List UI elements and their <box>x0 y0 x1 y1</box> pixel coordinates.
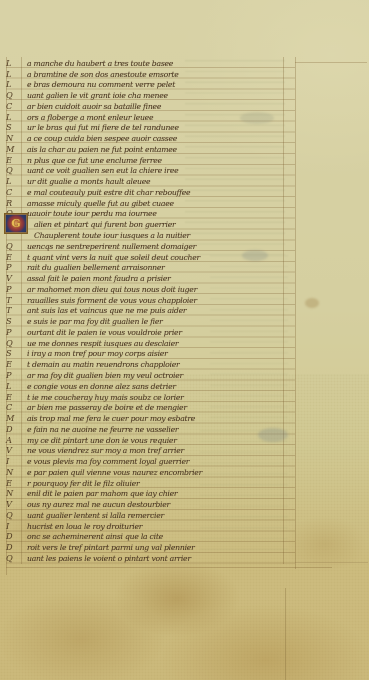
line-initial: Q <box>6 242 20 251</box>
line-text: onc se acheminerent ainsi que la cite <box>27 532 163 541</box>
line-text: e mal couteauly puit estre dit char rebo… <box>27 188 190 197</box>
line-initial: L <box>6 59 20 68</box>
text-line: Si iray a mon tref pour moy corps aisier <box>0 348 300 359</box>
line-text: ant suis las et vaincus que ne me puis a… <box>27 306 186 315</box>
text-line: Tant suis las et vaincus que ne me puis … <box>0 305 300 316</box>
text-line: Ihucrist en loua le roy droiturier <box>0 520 300 531</box>
line-text: e vous plevis ma foy comment loyal guerr… <box>27 457 189 466</box>
line-initial: P <box>6 371 20 380</box>
line-initial: T <box>6 296 20 305</box>
text-line: Se suis ie par ma foy dit gualien le fie… <box>0 315 300 326</box>
text-line: Mais la char au paien ne fut point entam… <box>0 143 300 154</box>
line-initial: R <box>6 199 20 208</box>
line-initial: I <box>6 457 20 466</box>
line-initial: L <box>6 177 20 186</box>
line-initial: L <box>6 80 20 89</box>
line-initial: D <box>6 425 20 434</box>
line-text: ourtant dit le paien ie vous vouldroie p… <box>27 328 182 337</box>
line-initial: S <box>6 123 20 132</box>
line-text: uant les paiens le voient o pintart vont… <box>27 554 191 563</box>
line-initial: L <box>6 70 20 79</box>
text-line: Et demain au matin reuendrons chapploier <box>0 358 300 369</box>
text-line: La manche du haubert a tres toute basee <box>0 57 300 68</box>
line-text: Chauplerent toute iour iusques a la nuit… <box>34 231 190 240</box>
line-text: ur le bras qui fut mi fiere de tel randu… <box>27 123 179 132</box>
line-text: uencqs ne sentreperirent nullement domai… <box>27 242 196 251</box>
text-line: Nenil dit le paien par mahom que iay chi… <box>0 488 300 499</box>
text-line: Prait du gualien bellement arraisonner <box>0 262 300 273</box>
text-line: De fain na ne auoine ne feurre ne vassel… <box>0 423 300 434</box>
line-text: ur dit gualie a monts hault aleuee <box>27 177 150 186</box>
text-line: Vous ny aurez mal ne aucun destourbier <box>0 498 300 509</box>
text-line: Quauoir toute iour perdu ma iournee <box>0 208 300 219</box>
text-line: Trauailles suis forment de vous vous cha… <box>0 294 300 305</box>
line-text: my ce dit pintart une don ie vous requie… <box>27 436 177 445</box>
line-initial: D <box>6 532 20 541</box>
text-line: Quant ce voit gualien sen eut la chiere … <box>0 165 300 176</box>
line-initial: P <box>6 263 20 272</box>
line-text: t ie me coucheray huy mais soubz ce lori… <box>27 393 184 402</box>
line-text: e bras demoura nu comment verre pelet <box>27 80 175 89</box>
line-text: amasse miculy quelle fut au gibet cuaee <box>27 199 174 208</box>
line-text: ors a floberge a mont enleur leuee <box>27 113 153 122</box>
line-initial: C <box>6 403 20 412</box>
text-line: Mais trop mal me fera le cuer pour moy e… <box>0 412 300 423</box>
line-initial: N <box>6 468 20 477</box>
text-line: Na ce coup cuida bien sespee auoir casse… <box>0 132 300 143</box>
bottom-frame-rule-right <box>295 562 368 563</box>
text-line: Car bien me passeray de boire et de meng… <box>0 402 300 413</box>
line-initial: C <box>6 188 20 197</box>
line-text: ue me donnes respit iusques au desclaier <box>27 339 178 348</box>
line-initial: V <box>6 500 20 509</box>
line-initial: E <box>6 360 20 369</box>
text-line: Car bien cuidoit auoir sa bataille finee <box>0 100 300 111</box>
line-text: a bramtine de son dos anestoute emsorte <box>27 70 179 79</box>
line-initial: N <box>6 489 20 498</box>
text-line: Par mahomet mon dieu qui tous nous doit … <box>0 283 300 294</box>
line-text: t demain au matin reuendrons chapploier <box>27 360 179 369</box>
text-line: Er pourquoy fer dit le filz oliuier <box>0 477 300 488</box>
line-initial: E <box>6 156 20 165</box>
text-line: Le congie vous en donne alez sans detrie… <box>0 380 300 391</box>
text-line: Ie vous plevis ma foy comment loyal guer… <box>0 455 300 466</box>
text-line: alien et pintart qui furent bon guerrier <box>0 218 300 229</box>
line-initial: V <box>6 446 20 455</box>
text-line: Par ma foy dit gualien bien my veul octr… <box>0 369 300 380</box>
text-line: Et quant vint vers la nuit que soleil de… <box>0 251 300 262</box>
line-text: uant ce voit gualien sen eut la chiere i… <box>27 166 178 175</box>
line-text: r pourquoy fer dit le filz oliuier <box>27 479 139 488</box>
line-initial: Q <box>6 339 20 348</box>
line-text: e congie vous en donne alez sans detrier <box>27 382 176 391</box>
line-text: a manche du haubert a tres toute basee <box>27 59 173 68</box>
text-line: Le bras demoura nu comment verre pelet <box>0 79 300 90</box>
manuscript-page: La manche du haubert a tres toute baseeL… <box>0 0 369 680</box>
line-text: n plus que ce fut une enclume ferree <box>27 156 162 165</box>
line-initial: V <box>6 274 20 283</box>
line-text: rait du gualien bellement arraisonner <box>27 263 165 272</box>
line-initial: E <box>6 253 20 262</box>
line-initial: M <box>6 414 20 423</box>
text-line: Quant galien le vit grant ioie cha menee <box>0 89 300 100</box>
text-line: Amy ce dit pintart une don ie vous requi… <box>0 434 300 445</box>
text-line: Chauplerent toute iour iusques a la nuit… <box>0 229 300 240</box>
line-initial: L <box>6 382 20 391</box>
line-initial: A <box>6 436 20 445</box>
line-initial: D <box>6 543 20 552</box>
line-initial: P <box>6 328 20 337</box>
line-initial: Q <box>6 554 20 563</box>
line-initial: Q <box>6 166 20 175</box>
line-initial: E <box>6 393 20 402</box>
line-initial: Q <box>6 91 20 100</box>
line-text: enil dit le paien par mahom que iay chie… <box>27 489 177 498</box>
line-initial: S <box>6 349 20 358</box>
line-initial: S <box>6 317 20 326</box>
line-text: ar bien me passeray de boire et de mengi… <box>27 403 187 412</box>
text-line: Lur dit gualie a monts hault aleuee <box>0 175 300 186</box>
line-text: a ce coup cuida bien sespee auoir cassee <box>27 134 177 143</box>
illuminated-letter-G: G <box>11 217 20 230</box>
text-line: Ne par paien quil vienne vous naurez enc… <box>0 466 300 477</box>
text-line: Quant gualier lentent si lalla remercier <box>0 509 300 520</box>
text-line: Pourtant dit le paien ie vous vouldroie … <box>0 326 300 337</box>
line-text: ar mahomet mon dieu qui tous nous doit i… <box>27 285 197 294</box>
line-text: ous ny aurez mal ne aucun destourbier <box>27 500 170 509</box>
text-line: Quencqs ne sentreperirent nullement doma… <box>0 240 300 251</box>
line-text: i iray a mon tref pour moy corps aisier <box>27 349 168 358</box>
line-initial: P <box>6 285 20 294</box>
line-text: ar bien cuidoit auoir sa bataille finee <box>27 102 161 111</box>
line-text: ais trop mal me fera le cuer pour moy es… <box>27 414 195 423</box>
line-text: ne vous viendrez sur moy a mon tref arri… <box>27 446 184 455</box>
text-line: Que me donnes respit iusques au desclaie… <box>0 337 300 348</box>
text-line: Vne vous viendrez sur moy a mon tref arr… <box>0 445 300 456</box>
line-text: t quant vint vers la nuit que soleil deu… <box>27 253 200 262</box>
line-initial: I <box>6 522 20 531</box>
bottom-frame-rule <box>6 567 332 568</box>
line-text: uant gualier lentent si lalla remercier <box>27 511 164 520</box>
text-line: La bramtine de son dos anestoute emsorte <box>0 68 300 79</box>
text-line: Lors a floberge a mont enleur leuee <box>0 111 300 122</box>
brown-spot-right-margin <box>305 298 319 308</box>
line-initial: N <box>6 134 20 143</box>
line-text: uant galien le vit grant ioie cha menee <box>27 91 168 100</box>
illuminated-initial: G <box>4 213 28 234</box>
line-text: hucrist en loua le roy droiturier <box>27 522 142 531</box>
line-initial: Q <box>6 511 20 520</box>
line-initial: M <box>6 145 20 154</box>
line-text: uauoir toute iour perdu ma iournee <box>27 209 157 218</box>
line-text: e par paien quil vienne vous naurez enco… <box>27 468 202 477</box>
top-frame-rule <box>295 62 367 63</box>
text-line: Et ie me coucheray huy mais soubz ce lor… <box>0 391 300 402</box>
parchment-fold-line <box>285 588 286 680</box>
line-initial: L <box>6 113 20 122</box>
text-line: Sur le bras qui fut mi fiere de tel rand… <box>0 122 300 133</box>
line-text: e suis ie par ma foy dit gualien le fier <box>27 317 163 326</box>
text-line: Quant les paiens le voient o pintart von… <box>0 552 300 563</box>
line-text: ar ma foy dit gualien bien my veul octro… <box>27 371 183 380</box>
text-line: Donc se acheminerent ainsi que la cite <box>0 531 300 542</box>
line-text: ais la char au paien ne fut point entame… <box>27 145 177 154</box>
text-line: Droit vers le tref pintart parmi ung val… <box>0 541 300 552</box>
line-text: e fain na ne auoine ne feurre ne vasseli… <box>27 425 178 434</box>
line-text: rauailles suis forment de vous vous chap… <box>27 296 197 305</box>
line-text: assal fait le paien mont faudra a prisie… <box>27 274 171 283</box>
text-line: Ce mal couteauly puit estre dit char reb… <box>0 186 300 197</box>
line-initial: C <box>6 102 20 111</box>
line-initial: T <box>6 306 20 315</box>
line-initial: E <box>6 479 20 488</box>
text-line: Vassal fait le paien mont faudra a prisi… <box>0 272 300 283</box>
line-text: alien et pintart qui furent bon guerrier <box>34 220 175 229</box>
text-block: La manche du haubert a tres toute baseeL… <box>0 57 300 563</box>
text-line: Ramasse miculy quelle fut au gibet cuaee <box>0 197 300 208</box>
line-text: roit vers le tref pintart parmi ung val … <box>27 543 195 552</box>
text-line: En plus que ce fut une enclume ferree <box>0 154 300 165</box>
